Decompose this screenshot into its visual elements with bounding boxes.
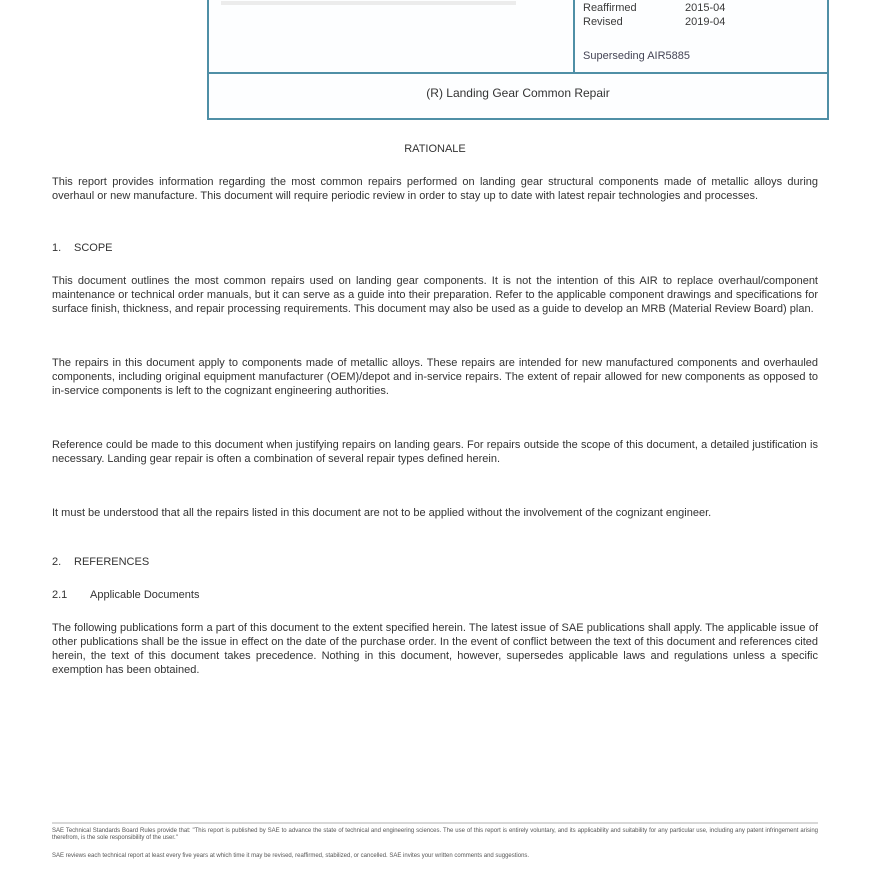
header-faint-text [221, 1, 516, 5]
rationale-text: This report provides information regardi… [52, 175, 818, 203]
scope-paragraph: It must be understood that all the repai… [52, 506, 818, 520]
document-header-box: Reaffirmed2015-04 Revised2019-04 Superse… [207, 0, 829, 120]
subsection-number: 2.1 [52, 589, 90, 601]
reaffirmed-label: Reaffirmed [583, 2, 685, 14]
revised-date: 2019-04 [685, 16, 725, 28]
scope-paragraph: This document outlines the most common r… [52, 274, 818, 316]
header-top-row: Reaffirmed2015-04 Revised2019-04 Superse… [209, 0, 827, 74]
subsection-title: Applicable Documents [90, 589, 199, 601]
section-title: SCOPE [74, 242, 113, 254]
section-references-heading: 2.REFERENCES [52, 556, 149, 568]
document-title: (R) Landing Gear Common Repair [209, 86, 827, 100]
subsection-applicable-documents-heading: 2.1Applicable Documents [52, 589, 199, 601]
applicable-documents-paragraph: The following publications form a part o… [52, 621, 818, 677]
section-number: 2. [52, 556, 74, 568]
footer-disclaimer: SAE Technical Standards Board Rules prov… [52, 828, 818, 842]
rationale-heading: RATIONALE [0, 143, 870, 155]
section-title: REFERENCES [74, 556, 149, 568]
reaffirmed-row: Reaffirmed2015-04 [583, 2, 725, 14]
section-scope-heading: 1.SCOPE [52, 242, 113, 254]
footer-divider [52, 822, 818, 824]
section-number: 1. [52, 242, 74, 254]
revised-label: Revised [583, 16, 685, 28]
header-left-cell [209, 0, 573, 72]
header-dates-cell: Reaffirmed2015-04 Revised2019-04 Superse… [573, 0, 827, 72]
revised-row: Revised2019-04 [583, 16, 725, 28]
reaffirmed-date: 2015-04 [685, 2, 725, 14]
scope-paragraph: Reference could be made to this document… [52, 438, 818, 466]
footer-review-note: SAE reviews each technical report at lea… [52, 853, 818, 860]
scope-paragraph: The repairs in this document apply to co… [52, 356, 818, 398]
superseding-note: Superseding AIR5885 [583, 50, 690, 62]
